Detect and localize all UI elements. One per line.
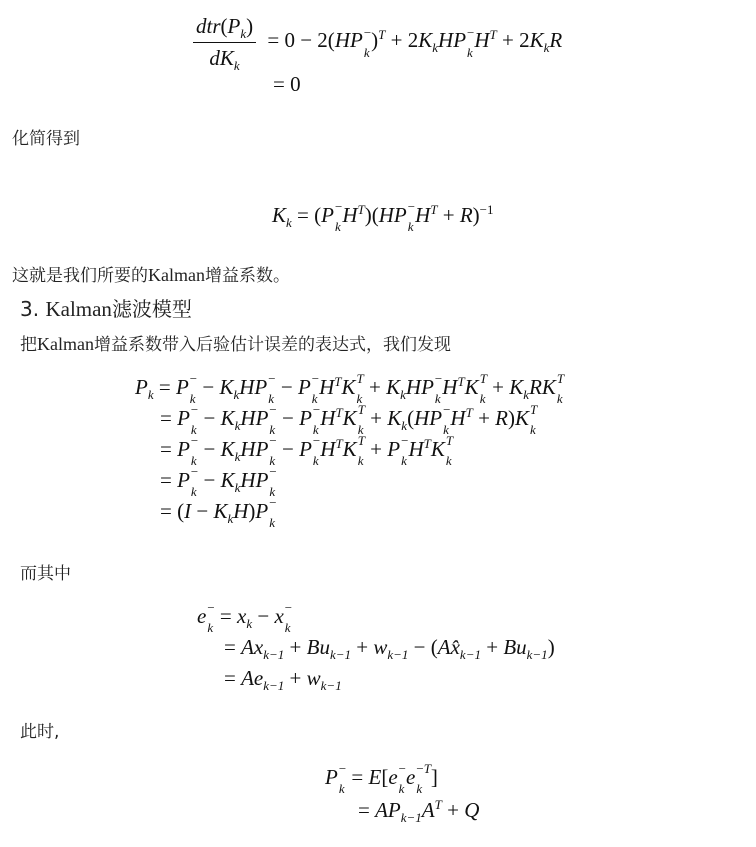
text-now: 此时, bbox=[20, 721, 59, 743]
equation-posterior-error: Pk = P−k − KkHP−k − P−kHTKTk + KkHP−kHTK… bbox=[135, 375, 735, 535]
fraction: dtr(Pk) dKk bbox=[193, 14, 256, 71]
section-heading: 3. Kalman滤波模型 bbox=[20, 296, 192, 322]
equation-kalman-gain: Kk = (P−kHT)(HP−kHT + R)−1 bbox=[272, 203, 493, 230]
equation-prior-covariance: P−k = E[e−ke−Tk] = APk−1AT + Q bbox=[325, 765, 625, 835]
text-gain-coefficient: 这就是我们所要的Kalman增益系数。 bbox=[12, 264, 290, 287]
equation-derivative-trace: dtr(Pk) dKk = 0 − 2(HP−k)T + 2KkHP−kHT +… bbox=[193, 14, 653, 104]
equation-prior-error: e−k = xk − x−k = Axk−1 + Buk−1 + wk−1 − … bbox=[197, 604, 697, 699]
text-substitute: 把Kalman增益系数带入后验估计误差的表达式，我们发现 bbox=[20, 333, 451, 356]
text-simplify: 化简得到 bbox=[12, 128, 80, 150]
text-where: 而其中 bbox=[20, 563, 71, 585]
